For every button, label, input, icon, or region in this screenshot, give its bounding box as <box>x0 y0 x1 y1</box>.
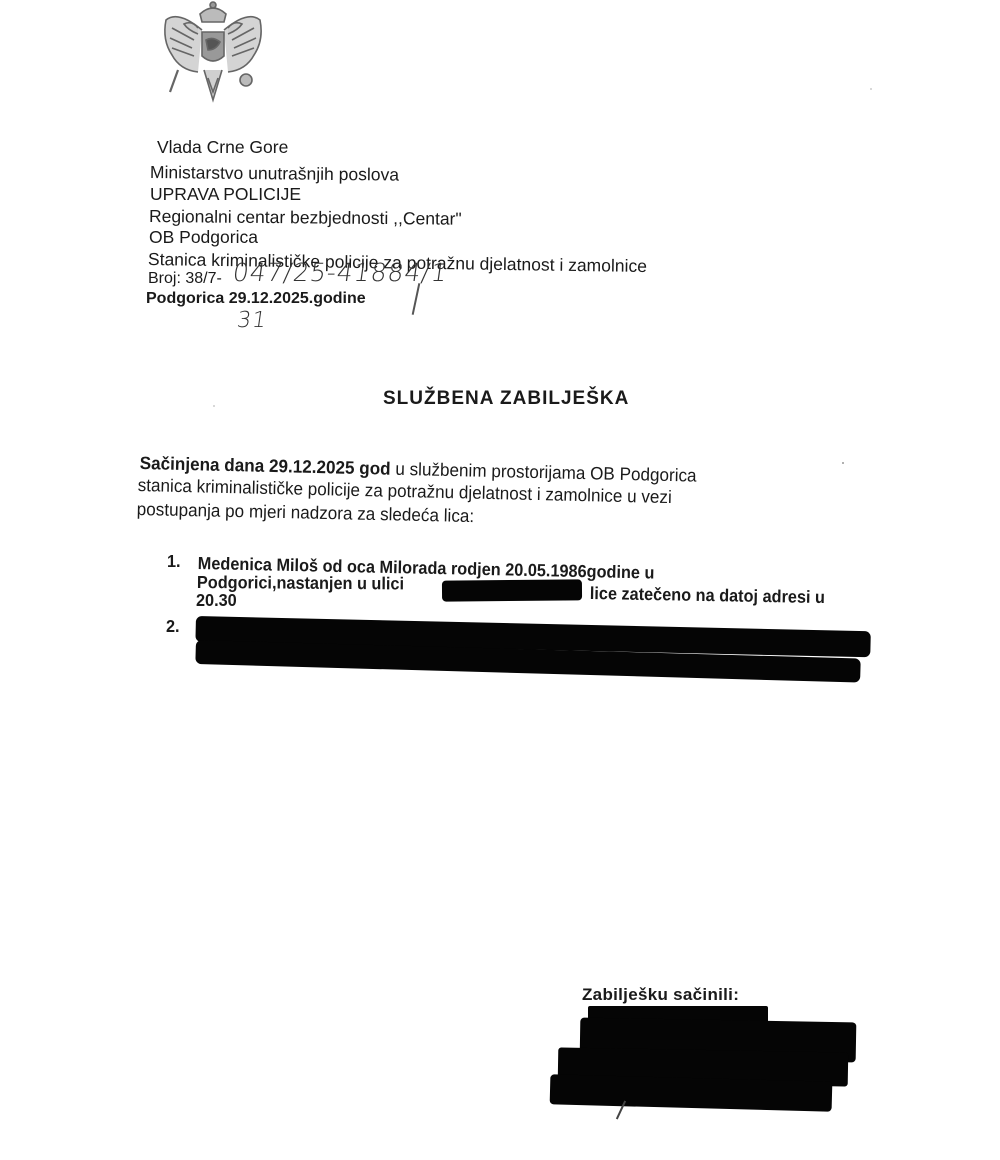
date-handwritten-correction: 31 <box>235 308 269 333</box>
redaction-address <box>442 579 582 601</box>
document-title: SLUŽBENA ZABILJEŠKA <box>383 388 629 410</box>
handwritten-slash <box>412 283 421 315</box>
header-department: OB Podgorica <box>149 226 258 248</box>
scan-speck <box>842 462 844 464</box>
header-government: Vlada Crne Gore <box>157 136 288 158</box>
scan-speck <box>870 88 872 90</box>
date-line-prefix: Podgorica <box>146 290 229 307</box>
item-2-number: 2. <box>166 617 180 635</box>
item-1-number: 1. <box>167 552 181 570</box>
header-police-directorate: UPRAVA POLICIJE <box>150 183 301 205</box>
scan-speck <box>213 405 215 407</box>
date-line: Podgorica 29.12.2025.godine <box>146 288 366 310</box>
item-1-line-2-after: lice zatečeno na datoj adresi u <box>590 584 825 606</box>
redaction-signature-bottom <box>550 1074 833 1111</box>
reference-number-handwritten: 047/25-41884/1 <box>231 258 450 287</box>
coat-of-arms-icon <box>158 0 268 110</box>
item-1-line-3: 20.30 <box>196 591 237 609</box>
signature-label: Zabilješku sačinili: <box>582 985 739 1005</box>
reference-number-label: Broj: 38/7- <box>148 268 222 290</box>
date-line-date: 29.12.2025.godine <box>229 290 366 307</box>
header-ministry: Ministarstvo unutrašnjih poslova <box>150 161 399 186</box>
